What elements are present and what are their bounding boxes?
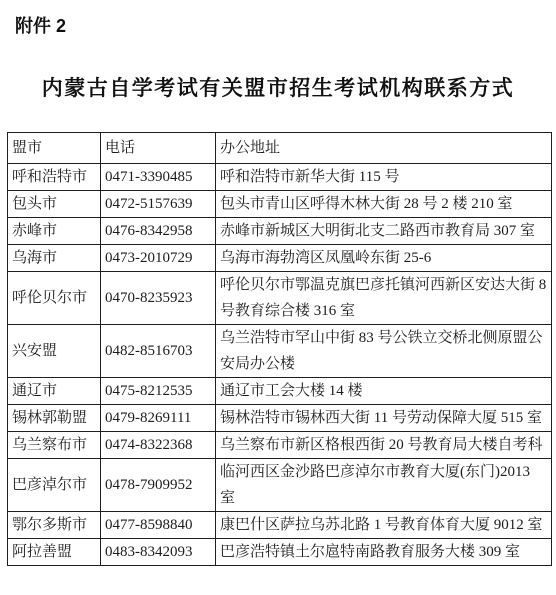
cell-address: 巴彦浩特镇土尔扈特南路教育服务大楼 309 室 xyxy=(216,539,552,566)
cell-phone: 0475-8212535 xyxy=(101,378,216,405)
table-body: 呼和浩特市0471-3390485呼和浩特市新华大街 115 号包头市0472-… xyxy=(8,164,552,566)
cell-phone: 0483-8342093 xyxy=(101,539,216,566)
table-row: 呼伦贝尔市0470-8235923呼伦贝尔市鄂温克旗巴彦托镇河西新区安达大街 8… xyxy=(8,272,552,325)
table-row: 赤峰市0476-8342958赤峰市新城区大明街北支二路西市教育局 307 室 xyxy=(8,218,552,245)
cell-address: 锡林浩特市锡林西大街 11 号劳动保障大厦 515 室 xyxy=(216,405,552,432)
cell-address: 通辽市工会大楼 14 楼 xyxy=(216,378,552,405)
cell-city: 呼伦贝尔市 xyxy=(8,272,101,325)
cell-city: 呼和浩特市 xyxy=(8,164,101,191)
column-header: 办公地址 xyxy=(216,133,552,164)
cell-phone: 0473-2010729 xyxy=(101,245,216,272)
cell-city: 兴安盟 xyxy=(8,325,101,378)
cell-city: 乌海市 xyxy=(8,245,101,272)
cell-phone: 0479-8269111 xyxy=(101,405,216,432)
table-row: 巴彦淖尔市0478-7909952临河西区金沙路巴彦淖尔市教育大厦(东门)201… xyxy=(8,459,552,512)
cell-phone: 0478-7909952 xyxy=(101,459,216,512)
cell-phone: 0474-8322368 xyxy=(101,432,216,459)
cell-phone: 0476-8342958 xyxy=(101,218,216,245)
table-row: 阿拉善盟0483-8342093巴彦浩特镇土尔扈特南路教育服务大楼 309 室 xyxy=(8,539,552,566)
table-row: 鄂尔多斯市0477-8598840康巴什区萨拉乌苏北路 1 号教育体育大厦 90… xyxy=(8,512,552,539)
page-title: 内蒙古自学考试有关盟市招生考试机构联系方式 xyxy=(0,76,556,102)
table-row: 乌兰察布市0474-8322368乌兰察布市新区格根西街 20 号教育局大楼自考… xyxy=(8,432,552,459)
cell-address: 康巴什区萨拉乌苏北路 1 号教育体育大厦 9012 室 xyxy=(216,512,552,539)
cell-city: 乌兰察布市 xyxy=(8,432,101,459)
table-row: 锡林郭勒盟0479-8269111锡林浩特市锡林西大街 11 号劳动保障大厦 5… xyxy=(8,405,552,432)
table-row: 通辽市0475-8212535通辽市工会大楼 14 楼 xyxy=(8,378,552,405)
cell-address: 乌兰察布市新区格根西街 20 号教育局大楼自考科 xyxy=(216,432,552,459)
table-row: 包头市0472-5157639包头市青山区呼得木林大街 28 号 2 楼 210… xyxy=(8,191,552,218)
table-row: 兴安盟0482-8516703乌兰浩特市罕山中街 83 号公铁立交桥北侧原盟公安… xyxy=(8,325,552,378)
cell-city: 包头市 xyxy=(8,191,101,218)
cell-phone: 0472-5157639 xyxy=(101,191,216,218)
cell-address: 赤峰市新城区大明街北支二路西市教育局 307 室 xyxy=(216,218,552,245)
cell-phone: 0477-8598840 xyxy=(101,512,216,539)
cell-phone: 0471-3390485 xyxy=(101,164,216,191)
cell-city: 锡林郭勒盟 xyxy=(8,405,101,432)
cell-address: 乌海市海勃湾区凤凰岭东街 25-6 xyxy=(216,245,552,272)
cell-phone: 0482-8516703 xyxy=(101,325,216,378)
attachment-label: 附件 2 xyxy=(15,14,66,38)
cell-address: 包头市青山区呼得木林大街 28 号 2 楼 210 室 xyxy=(216,191,552,218)
cell-address: 乌兰浩特市罕山中街 83 号公铁立交桥北侧原盟公安局办公楼 xyxy=(216,325,552,378)
cell-address: 呼和浩特市新华大街 115 号 xyxy=(216,164,552,191)
cell-city: 赤峰市 xyxy=(8,218,101,245)
cell-city: 鄂尔多斯市 xyxy=(8,512,101,539)
cell-city: 阿拉善盟 xyxy=(8,539,101,566)
cell-phone: 0470-8235923 xyxy=(101,272,216,325)
cell-city: 巴彦淖尔市 xyxy=(8,459,101,512)
table-row: 呼和浩特市0471-3390485呼和浩特市新华大街 115 号 xyxy=(8,164,552,191)
table-header-row: 盟市电话办公地址 xyxy=(8,133,552,164)
column-header: 电话 xyxy=(101,133,216,164)
contact-table: 盟市电话办公地址 呼和浩特市0471-3390485呼和浩特市新华大街 115 … xyxy=(7,132,552,566)
table-row: 乌海市0473-2010729乌海市海勃湾区凤凰岭东街 25-6 xyxy=(8,245,552,272)
cell-address: 临河西区金沙路巴彦淖尔市教育大厦(东门)2013 室 xyxy=(216,459,552,512)
column-header: 盟市 xyxy=(8,133,101,164)
cell-city: 通辽市 xyxy=(8,378,101,405)
document-page: { "page": { "attachment_label": "附件 2", … xyxy=(0,0,556,595)
cell-address: 呼伦贝尔市鄂温克旗巴彦托镇河西新区安达大街 8 号教育综合楼 316 室 xyxy=(216,272,552,325)
